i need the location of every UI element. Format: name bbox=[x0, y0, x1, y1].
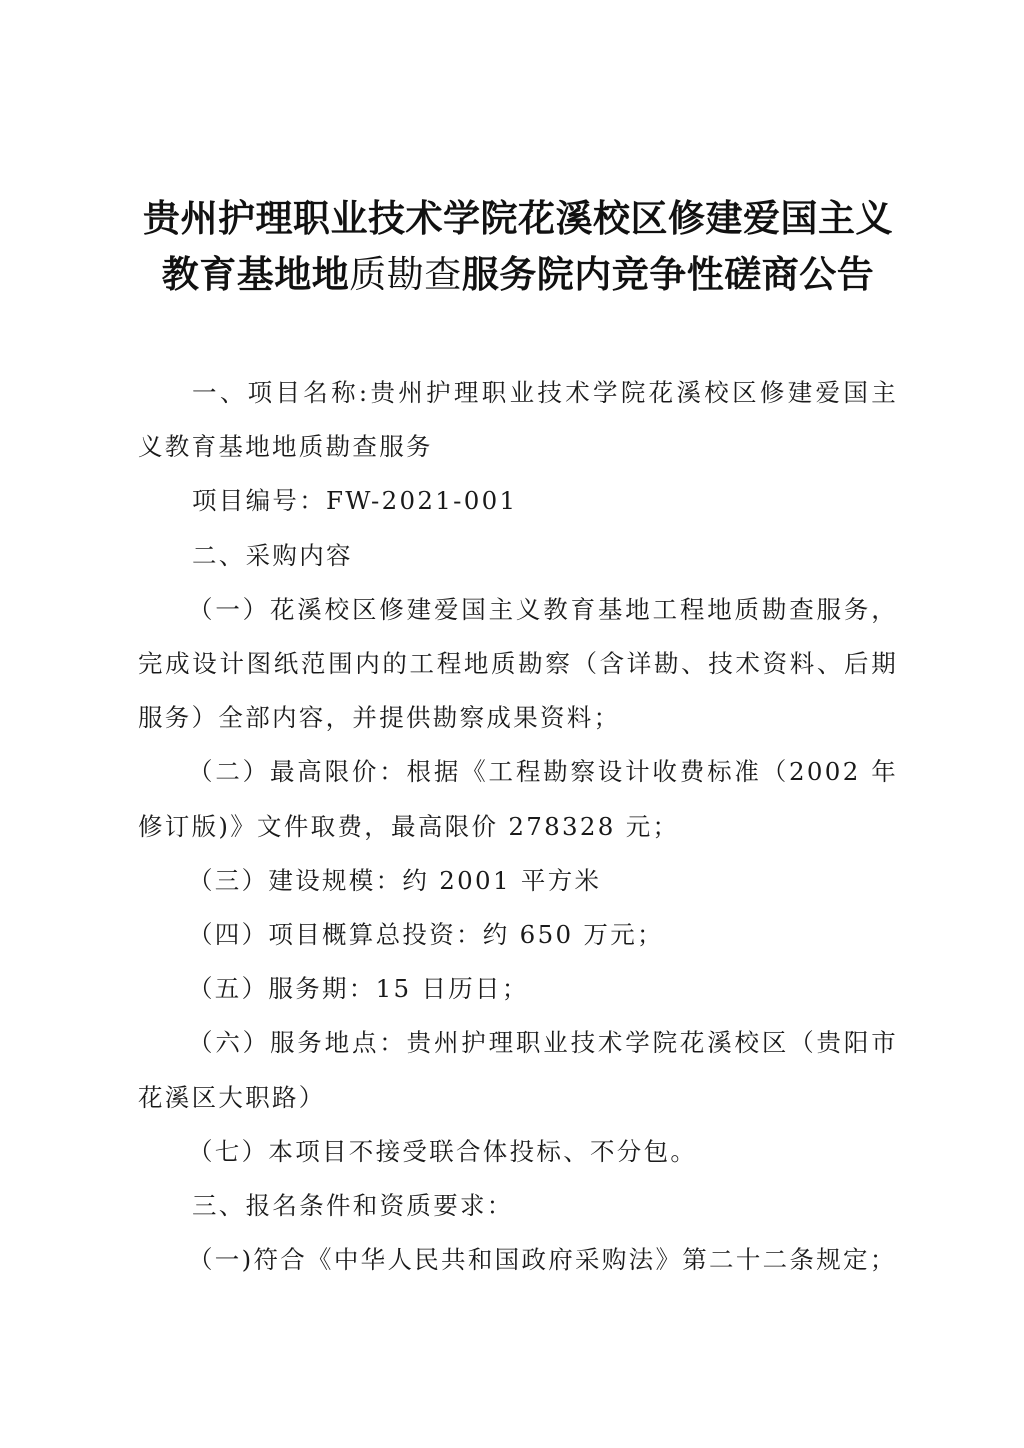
procurement-item-6: （六）服务地点：贵州护理职业技术学院花溪校区（贵阳市花溪区大职路） bbox=[138, 1016, 898, 1124]
section-project-number: 项目编号：FW-2021-001 bbox=[138, 474, 898, 528]
section-qualification-heading: 三、报名条件和资质要求： bbox=[138, 1179, 898, 1233]
procurement-item-4: （四）项目概算总投资：约 650 万元； bbox=[138, 908, 898, 962]
title-line-2-bold-a: 教育基地地 bbox=[162, 252, 350, 296]
title-line-2-bold-b: 服务院内竞争性磋商公告 bbox=[462, 252, 875, 296]
title-line-2-light: 质勘查 bbox=[349, 253, 462, 296]
section-procurement-heading: 二、采购内容 bbox=[138, 529, 898, 583]
procurement-item-7: （七）本项目不接受联合体投标、不分包。 bbox=[138, 1125, 898, 1179]
procurement-item-3: （三）建设规模：约 2001 平方米 bbox=[138, 854, 898, 908]
procurement-item-2: （二）最高限价：根据《工程勘察设计收费标准（2002 年修订版)》文件取费，最高… bbox=[138, 745, 898, 853]
title-line-1-text: 贵州护理职业技术学院花溪校区修建爱国主义 bbox=[143, 196, 893, 240]
procurement-item-1: （一）花溪校区修建爱国主义教育基地工程地质勘查服务，完成设计图纸范围内的工程地质… bbox=[138, 583, 898, 746]
qualification-item-1: （一)符合《中华人民共和国政府采购法》第二十二条规定； bbox=[138, 1233, 898, 1287]
section-project-name: 一、项目名称:贵州护理职业技术学院花溪校区修建爱国主义教育基地地质勘查服务 bbox=[138, 366, 898, 474]
document-title-line-2: 教育基地地质勘查服务院内竞争性磋商公告 bbox=[138, 244, 898, 298]
procurement-item-5: （五）服务期：15 日历日； bbox=[138, 962, 898, 1016]
document-body: 一、项目名称:贵州护理职业技术学院花溪校区修建爱国主义教育基地地质勘查服务 项目… bbox=[138, 366, 898, 1287]
document-title-line-1: 贵州护理职业技术学院花溪校区修建爱国主义 bbox=[138, 188, 898, 242]
